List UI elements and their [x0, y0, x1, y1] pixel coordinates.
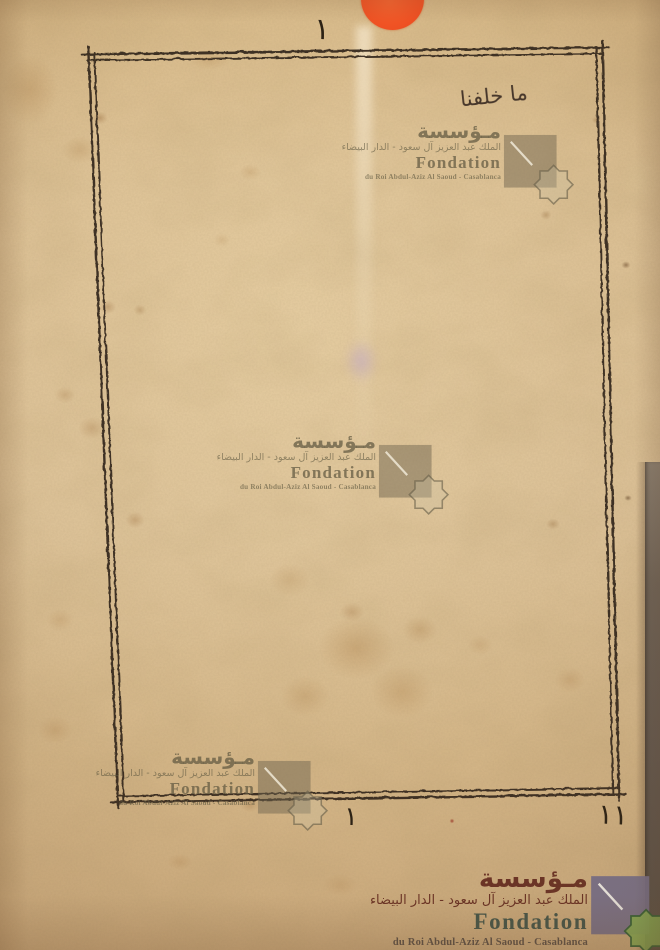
stamp-arabic-subtitle: الملك عبد العزيز آل سعود - الدار البيضاء	[217, 453, 376, 463]
library-stamp-bottom-left: مـؤسسة الملك عبد العزيز آل سعود - الدار …	[136, 747, 332, 835]
stamp-arabic-subtitle: الملك عبد العزيز آل سعود - الدار البيضاء	[342, 143, 501, 153]
scanned-manuscript-page: ١ ١ ١١ ما خلفنا مـؤسسة الملك عبد العزيز …	[0, 0, 660, 950]
stamp-latin-subtitle: du Roi Abdul-Aziz Al Saoud - Casablanca	[240, 484, 376, 491]
scanner-light-streak	[356, 26, 372, 476]
folio-mark-bottom-left: ١	[343, 802, 358, 832]
stamp-latin-subtitle: du Roi Abdul-Aziz Al Saoud - Casablanca	[365, 174, 501, 181]
stamp-latin-title: Fondation	[416, 154, 501, 171]
foundation-seal-icon	[502, 133, 578, 209]
stamp-latin-title: Fondation	[474, 910, 588, 933]
stamp-latin-title: Fondation	[291, 464, 376, 481]
stamp-latin-title: Fondation	[170, 780, 255, 797]
stamp-latin-subtitle: du Roi Abdul-Aziz Al Saoud - Casablanca	[119, 800, 255, 807]
library-stamp-top: مـؤسسة الملك عبد العزيز آل سعود - الدار …	[382, 121, 578, 209]
foundation-seal-icon	[377, 443, 453, 519]
foundation-seal-icon	[589, 874, 660, 950]
violet-smudge	[344, 338, 378, 384]
folio-mark-bottom-right: ١١	[597, 797, 629, 832]
foundation-seal-icon	[256, 759, 332, 835]
library-stamp-bottom-right: مـؤسسة الملك عبد العزيز آل سعود - الدار …	[428, 866, 660, 950]
handwritten-arabic-note: ما خلفنا	[459, 81, 529, 112]
stamp-arabic-title: مـؤسسة	[479, 866, 588, 892]
folio-mark-top: ١	[313, 12, 330, 48]
stamp-arabic-title: مـؤسسة	[292, 431, 376, 451]
stamp-arabic-subtitle: الملك عبد العزيز آل سعود - الدار البيضاء	[370, 894, 588, 907]
stamp-arabic-subtitle: الملك عبد العزيز آل سعود - الدار البيضاء	[96, 769, 255, 779]
stamp-latin-subtitle: du Roi Abdul-Aziz Al Saoud - Casablanca	[393, 938, 588, 949]
library-stamp-middle: مـؤسسة الملك عبد العزيز آل سعود - الدار …	[257, 431, 453, 519]
stamp-arabic-title: مـؤسسة	[417, 121, 501, 141]
stamp-arabic-title: مـؤسسة	[171, 747, 255, 767]
